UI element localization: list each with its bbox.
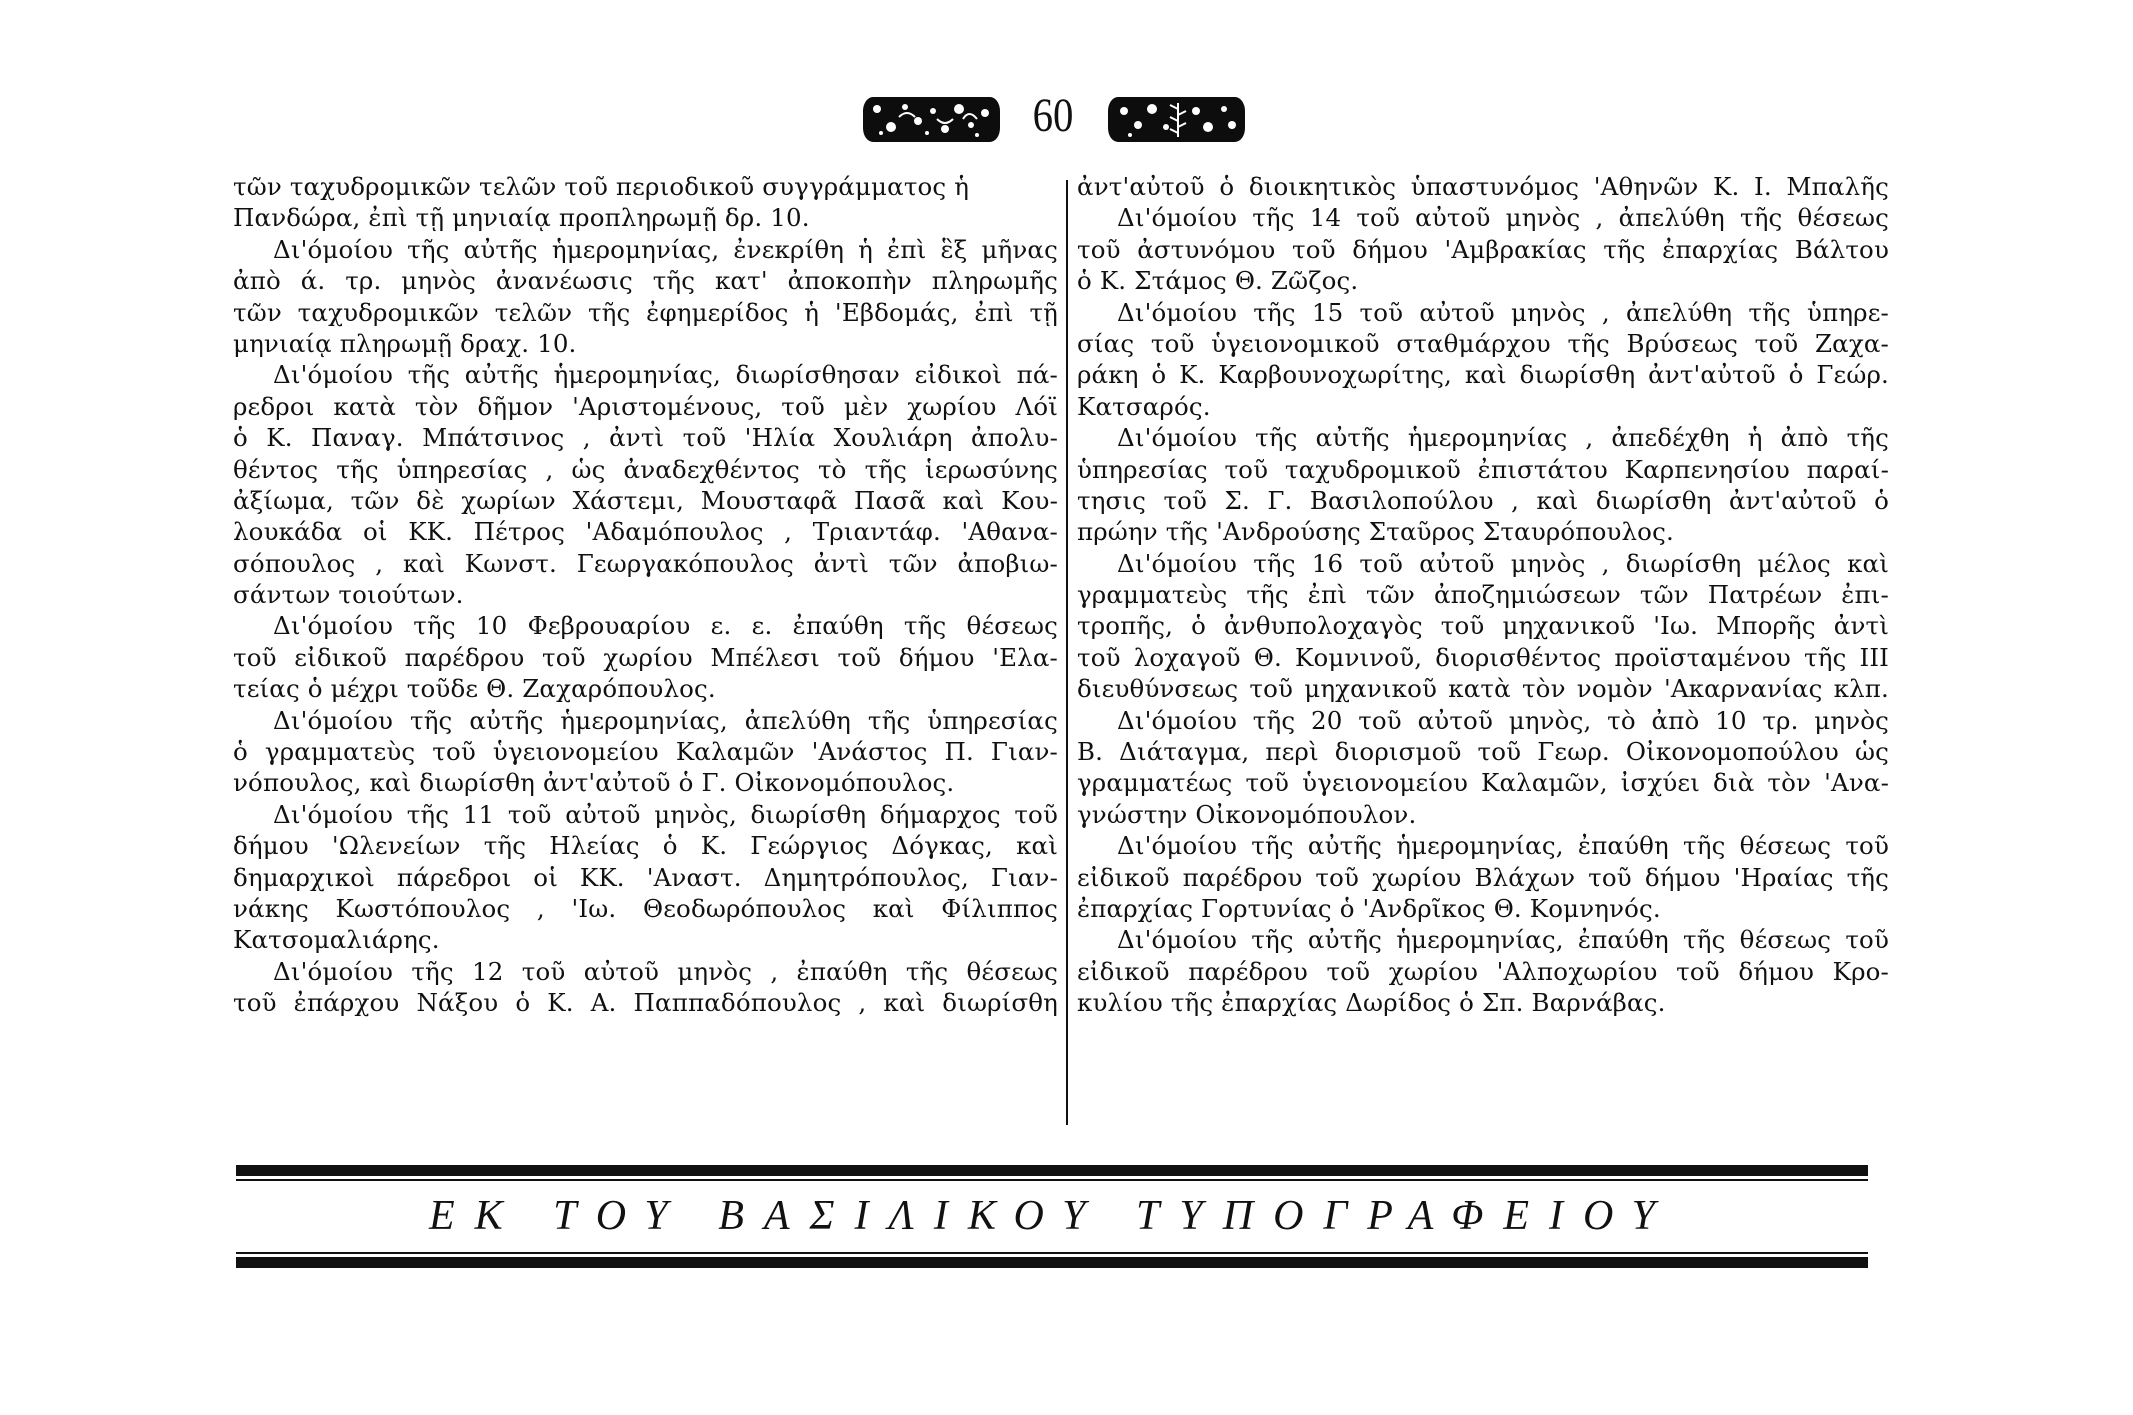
text-line: Δι'όμοίου τῆς αὐτῆς ἡμερομηνίας, διωρίσθ… bbox=[233, 359, 1058, 390]
text-line: ὁ Κ. Στάμος Θ. Ζῶζος. bbox=[1077, 265, 1889, 296]
text-line: τοῦ ἐπάρχου Νάξου ὁ Κ. Α. Παππαδόπουλος … bbox=[233, 987, 1058, 1018]
text-line: ράκη ὁ Κ. Καρβουνοχωρίτης, καὶ διωρίσθη … bbox=[1077, 359, 1889, 390]
text-line: ἀντ'αὐτοῦ ὁ διοικητικὸς ὑπαστυνόμος 'Αθη… bbox=[1077, 171, 1889, 202]
text-line: ὑπηρεσίας τοῦ ταχυδρομικοῦ ἐπιστάτου Καρ… bbox=[1077, 454, 1889, 485]
text-line: πρώην τῆς 'Ανδρούσης Σταῦρος Σταυρόπουλο… bbox=[1077, 516, 1889, 547]
text-line: Δι'όμοίου τῆς 10 Φεβρουαρίου ε. ε. ἐπαύθ… bbox=[233, 610, 1058, 641]
text-line: εἰδικοῦ παρέδρου τοῦ χωρίου Βλάχων τοῦ δ… bbox=[1077, 862, 1889, 893]
text-line: ρεδροι κατὰ τὸν δῆμον 'Αριστομένους, τοῦ… bbox=[233, 391, 1058, 422]
text-line: τοῦ λοχαγοῦ Θ. Κομνινοῦ, διορισθέντος πρ… bbox=[1077, 642, 1889, 673]
text-line: λουκάδα οἱ ΚΚ. Πέτρος 'Αδαμόπουλος , Τρι… bbox=[233, 516, 1058, 547]
text-line: Δι'όμοίου τῆς 16 τοῦ αὐτοῦ μηνὸς , διωρί… bbox=[1077, 548, 1889, 579]
text-line: δημαρχικοὶ πάρεδροι οἱ ΚΚ. 'Αναστ. Δημητ… bbox=[233, 862, 1058, 893]
text-line: τῶν ταχυδρομικῶν τελῶν τῆς ἐφημερίδος ἡ … bbox=[233, 297, 1058, 328]
printer-imprint: ΕΚ ΤΟΥ ΒΑΣΙΛΙΚΟΥ ΤΥΠΟΓΡΑΦΕΙΟΥ bbox=[236, 1186, 1868, 1246]
text-line: Β. Διάταγμα, περὶ διορισμοῦ τοῦ Γεωρ. Οἰ… bbox=[1077, 736, 1889, 767]
text-line: τροπῆς, ὁ ἀνθυπολοχαγὸς τοῦ μηχανικοῦ 'Ι… bbox=[1077, 610, 1889, 641]
text-line: ἀπὸ ά. τρ. μηνὸς ἀνανέωσις τῆς κατ' ἀποκ… bbox=[233, 265, 1058, 296]
text-line: θέντος τῆς ὑπηρεσίας , ὡς ἀναδεχθέντος τ… bbox=[233, 454, 1058, 485]
text-line: Πανδώρα, ἐπὶ τῇ μηνιαίᾳ προπληρωμῇ δρ. 1… bbox=[233, 202, 1058, 233]
text-line: μηνιαίᾳ πληρωμῇ δραχ. 10. bbox=[233, 328, 1058, 359]
text-line: σίας τοῦ ὑγειονομικοῦ σταθμάρχου τῆς Βρύ… bbox=[1077, 328, 1889, 359]
text-line: γραμματεὺς τῆς ἐπὶ τῶν ἀποζημιώσεων τῶν … bbox=[1077, 579, 1889, 610]
text-line: νόπουλος, καὶ διωρίσθη ἀντ'αὐτοῦ ὁ Γ. Οἰ… bbox=[233, 767, 1058, 798]
text-line: νάκης Κωστόπουλος , 'Ιω. Θεοδωρόπουλος κ… bbox=[233, 893, 1058, 924]
text-line: Δι'όμοίου τῆς αὐτῆς ἡμερομηνίας, ἀπελύθη… bbox=[233, 705, 1058, 736]
text-line: Δι'όμοίου τῆς 12 τοῦ αὐτοῦ μηνὸς , ἐπαύθ… bbox=[233, 956, 1058, 987]
text-line: Δι'όμοίου τῆς 15 τοῦ αὐτοῦ μηνὸς , ἀπελύ… bbox=[1077, 297, 1889, 328]
floral-ornament-icon bbox=[1108, 97, 1245, 142]
text-line: τείας ὁ μέχρι τοῦδε Θ. Ζαχαρόπουλος. bbox=[233, 673, 1058, 704]
text-line: τῶν ταχυδρομικῶν τελῶν τοῦ περιοδικοῦ συ… bbox=[233, 171, 1058, 202]
footer-rule-top bbox=[236, 1165, 1868, 1176]
right-column: ἀντ'αὐτοῦ ὁ διοικητικὸς ὑπαστυνόμος 'Αθη… bbox=[1077, 171, 1889, 1019]
text-line: γνώστην Οἰκονομόπουλον. bbox=[1077, 799, 1889, 830]
text-line: εἰδικοῦ παρέδρου τοῦ χωρίου 'Αλποχωρίου … bbox=[1077, 956, 1889, 987]
floral-ornament-icon bbox=[863, 97, 1000, 142]
text-line: γραμματέως τοῦ ὑγειονομείου Καλαμῶν, ἰσχ… bbox=[1077, 767, 1889, 798]
text-line: Δι'όμοίου τῆς αὐτῆς ἡμερομηνίας, ἐπαύθη … bbox=[1077, 924, 1889, 955]
text-line: τησις τοῦ Σ. Γ. Βασιλοπούλου , καὶ διωρί… bbox=[1077, 485, 1889, 516]
text-line: Δι'όμοίου τῆς αὐτῆς ἡμερομηνίας, ἐνεκρίθ… bbox=[233, 234, 1058, 265]
text-line: διευθύνσεως τοῦ μηχανικοῦ κατὰ τὸν νομὸν… bbox=[1077, 673, 1889, 704]
footer-rule-bottom bbox=[236, 1257, 1868, 1268]
text-line: Κατσαρός. bbox=[1077, 391, 1889, 422]
page-number: 60 bbox=[1027, 91, 1080, 141]
column-divider bbox=[1066, 180, 1068, 1125]
left-column: τῶν ταχυδρομικῶν τελῶν τοῦ περιοδικοῦ συ… bbox=[233, 171, 1058, 1019]
page-header: 60 bbox=[0, 95, 2133, 145]
document-page: 60 τῶν ταχυδρομικῶν τελῶν τοῦ περιοδικοῦ… bbox=[0, 0, 2133, 1415]
text-line: ὁ γραμματεὺς τοῦ ὑγειονομείου Καλαμῶν 'Α… bbox=[233, 736, 1058, 767]
text-line: Δι'όμοίου τῆς 20 τοῦ αὐτοῦ μηνὸς, τὸ ἀπὸ… bbox=[1077, 705, 1889, 736]
text-line: σάντων τοιούτων. bbox=[233, 579, 1058, 610]
text-line: Δι'όμοίου τῆς αὐτῆς ἡμερομηνίας , ἀπεδέχ… bbox=[1077, 422, 1889, 453]
text-line: Κατσομαλιάρης. bbox=[233, 924, 1058, 955]
text-line: ἀξίωμα, τῶν δὲ χωρίων Χάστεμι, Μουσταφᾶ … bbox=[233, 485, 1058, 516]
text-line: Δι'όμοίου τῆς αὐτῆς ἡμερομηνίας, ἐπαύθη … bbox=[1077, 830, 1889, 861]
text-line: τοῦ ἀστυνόμου τοῦ δήμου 'Αμβρακίας τῆς ἐ… bbox=[1077, 234, 1889, 265]
text-line: ἐπαρχίας Γορτυνίας ὁ 'Ανδρῖκος Θ. Κομνην… bbox=[1077, 893, 1889, 924]
text-line: κυλίου τῆς ἐπαρχίας Δωρίδος ὁ Σπ. Βαρνάβ… bbox=[1077, 987, 1889, 1018]
text-line: Δι'όμοίου τῆς 14 τοῦ αὐτοῦ μηνὸς , ἀπελύ… bbox=[1077, 202, 1889, 233]
text-line: τοῦ εἰδικοῦ παρέδρου τοῦ χωρίου Μπέλεσι … bbox=[233, 642, 1058, 673]
footer-rule-bottom-thin bbox=[236, 1252, 1868, 1254]
footer-rule-top-thin bbox=[236, 1179, 1868, 1181]
text-line: ὁ Κ. Παναγ. Μπάτσινος , ἀντὶ τοῦ 'Ηλία Χ… bbox=[233, 422, 1058, 453]
text-line: δήμου 'Ωλενείων τῆς Ηλείας ὁ Κ. Γεώργιος… bbox=[233, 830, 1058, 861]
text-line: Δι'όμοίου τῆς 11 τοῦ αὐτοῦ μηνὸς, διωρίσ… bbox=[233, 799, 1058, 830]
text-line: σόπουλος , καὶ Κωνστ. Γεωργακόπουλος ἀντ… bbox=[233, 548, 1058, 579]
